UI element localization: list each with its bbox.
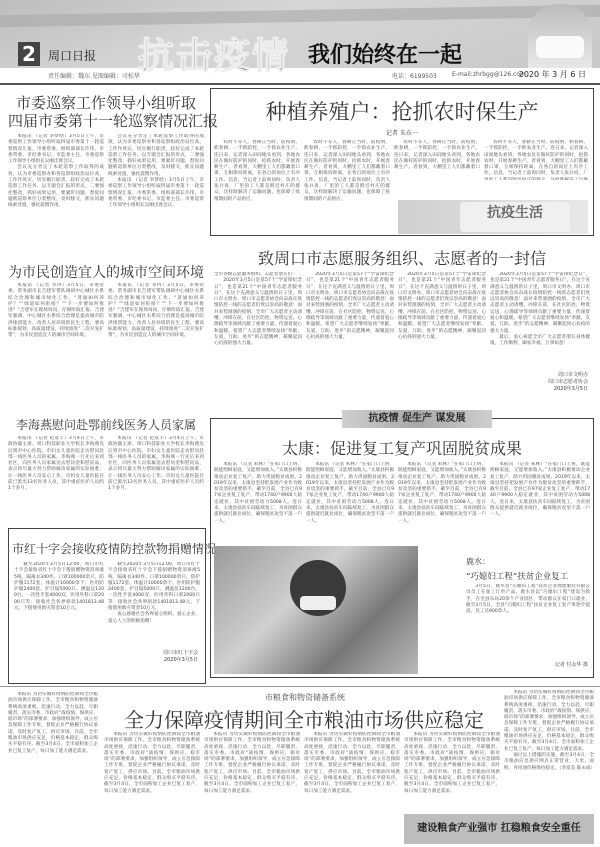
inset-label: 抗疫生活 [460, 202, 570, 232]
headline-volunteer-letter: 致周口市志愿服务组织、志愿者的一封信 [214, 246, 590, 269]
article-farming-col1: 农时不等人，春耕正当时。防疫情、抓春耕，一手抓防控，一手抓农业生产。连日来，记者… [214, 140, 300, 230]
page-number: 2 [18, 42, 40, 66]
article-red-cross-col2: 截至2020年3月5日12:00，周口市红十字会接收省红十字会下拨捐赠物资消毒液… [108, 562, 200, 644]
article-volunteer-col2: 2020年3月5日是第57个“学雷锋纪念日”，也是第21个“中国青年志愿者服务日… [306, 272, 394, 400]
red-cross-signature: 周口市红十字会2020年3月5日 [108, 650, 198, 664]
info-bar: 责任编辑：魏东 见图编辑：司松华 电话：6199503 E-mail:zhrbg… [0, 68, 600, 82]
kicker-grain: 市粮食和物资储备系统 [150, 692, 460, 703]
face-mask-graphic [536, 36, 584, 58]
article-taikang-col3: 本报讯 （记者 朱林）“在家门口上班，既能照顾家庭，又能增加收入。”太康县积极推… [398, 462, 486, 538]
section-slogan: 我们始终在一起 [308, 38, 462, 69]
phone-number: 电话：6199503 [392, 71, 437, 80]
article-grain-col5: 本报讯 为切实做好疫情防控期间全市粮油市场供应保障工作，全市粮食和物资储备系统高… [404, 732, 500, 808]
header-divider [0, 83, 600, 85]
footer-slogan-banner: 建设粮食产业强市 扛稳粮食安全重任 [404, 814, 594, 844]
article-city-space-col1: 本报讯 （记者 李冉）3月5日，市委常委、常务副市长吉建军带队调研中心城区水系综… [8, 283, 104, 391]
headline-li-haiyan: 李海燕慰问赴鄂前线医务人员家属 [8, 416, 204, 433]
article-li-haiyan-col1: 本报讯 （记者 赵彦丰）3月4日上午，市政协副主席、周口科技职业大学校长李海燕先… [8, 436, 104, 518]
section-banner: 抗疫情 促生产 谋发展 [342, 410, 492, 428]
email-address: E-mail:zhrbgg@126.com [452, 71, 526, 78]
article-grain-col2: 本报讯 为切实做好疫情防控期间全市粮油市场供应保障工作，全市粮食和物资储备系统高… [104, 732, 200, 842]
headline-farming: 种植养殖户：抢抓农时保生产 [214, 96, 590, 126]
volunteer-signature: 周口市文明办周口市志愿者协会2020年3月5日 [490, 372, 588, 393]
headline-inspection-2: 四届市委第十一轮巡察情况汇报 [8, 110, 204, 131]
article-farming-col3: 农时不等人，春耕正当时。防疫情、抓春耕，一手抓防控，一手抓农业生产。连日来，记者… [394, 140, 480, 170]
issue-date: 2020 年 3 月 6 日 [519, 69, 586, 80]
headline-taikang: 太康：促进复工复产巩固脱贫成果 [214, 436, 590, 459]
paper-name: 周口日报 [48, 47, 96, 64]
article-taikang-col4: 本报讯 （记者 朱林）“在家门口上班，既能照顾家庭，又能增加收入。”太康县积极推… [490, 462, 590, 538]
article-luoshan: 3月5日，鹿水县“巧媳妇工程”扶贫企业理想服装有限公司员工在加工订单产品。鹿水县… [466, 584, 590, 660]
article-red-cross-col1: 截至2020年3月5日12:00，周口市红十字会接收省红十字会下拨捐赠物资消毒液… [14, 562, 104, 678]
article-farming-col4: 农时不等人，春耕正当时。防疫情、抓春耕，一手抓防控，一手抓农业生产。连日来，记者… [484, 140, 588, 180]
article-city-space-col2: 本报讯 （记者 李冉）3月5日，市委常委、常务副市长吉建军带队调研中心城区水系综… [108, 283, 204, 391]
article-volunteer-col1: 全市各级志愿服务组织、志愿者朋友们：2020年3月5日是第57个“学雷锋纪念日”… [214, 272, 302, 400]
bottom-divider [0, 686, 600, 687]
article-farming-col2: 农时不等人，春耕正当时。防疫情、抓春耕，一手抓防控，一手抓农业生产。连日来，记者… [304, 140, 390, 230]
article-inspection-col2: 会议充分肯定了本轮巡察工作取得的成效，认为市委巡察办和各巡察组政治站位高，工作作… [108, 134, 204, 254]
article-volunteer-col3: 2020年3月5日是第57个“学雷锋纪念日”，也是第21个“中国青年志愿者服务日… [398, 272, 486, 400]
headline-luoshan: “巧媳妇工程”扶贫企业复工 [466, 570, 568, 582]
article-taikang-col2: 本报讯 （记者 朱林）“在家门口上班，既能照顾家庭，又能增加收入。”太康县积极推… [306, 462, 394, 538]
article-grain-col3: 本报讯 为切实做好疫情防控期间全市粮油市场供应保障工作，全市粮食和物资储备系统高… [204, 732, 300, 842]
photo-credit: 记者 付永华 摄 [466, 662, 588, 669]
article-grain-col4: 本报讯 为切实做好疫情防控期间全市粮油市场供应保障工作，全市粮食和物资储备系统高… [304, 732, 400, 842]
headline-grain: 全力保障疫情期间全市粮油市场供应稳定 [104, 704, 504, 733]
article-volunteer-col4: 2020年3月5日是第57个“学雷锋纪念日”，也是第21个“中国青年志愿者服务日… [490, 272, 590, 358]
editors-credit: 责任编辑：魏东 见图编辑：司松华 [48, 71, 140, 80]
article-inspection-col1: 本报讯 （记者 李梦晗）3月5日上午，市委巡察工作领导小组听取四届市委第十一轮巡… [8, 134, 104, 254]
article-li-haiyan-col2: 本报讯 （记者 赵彦丰）3月4日上午，市政协副主席、周口科技职业大学校长李海燕先… [108, 436, 204, 518]
headline-city-space: 为市民创造宜人的城市空间环境 [8, 262, 204, 282]
article-grain-col1: 本报讯 为切实做好疫情防控期间全市粮油市场供应保障工作，全市粮食和物资储备系统高… [8, 692, 98, 842]
byline-farming: 记者 朱东一 [214, 128, 590, 137]
article-grain-col6: 本报讯 为切实做好疫情防控期间全市粮油市场供应保障工作，全市粮食和物资储备系统高… [504, 690, 594, 808]
headline-red-cross: 市红十字会接收疫情防控款物捐赠情况 [12, 540, 202, 557]
article-taikang-col1: 本报讯 （记者 朱林）“在家门口上班，既能照顾家庭，又能增加收入。”太康县积极推… [214, 462, 302, 538]
worker-mask [300, 596, 336, 610]
luoshan-place: 鹿水： [466, 556, 490, 567]
